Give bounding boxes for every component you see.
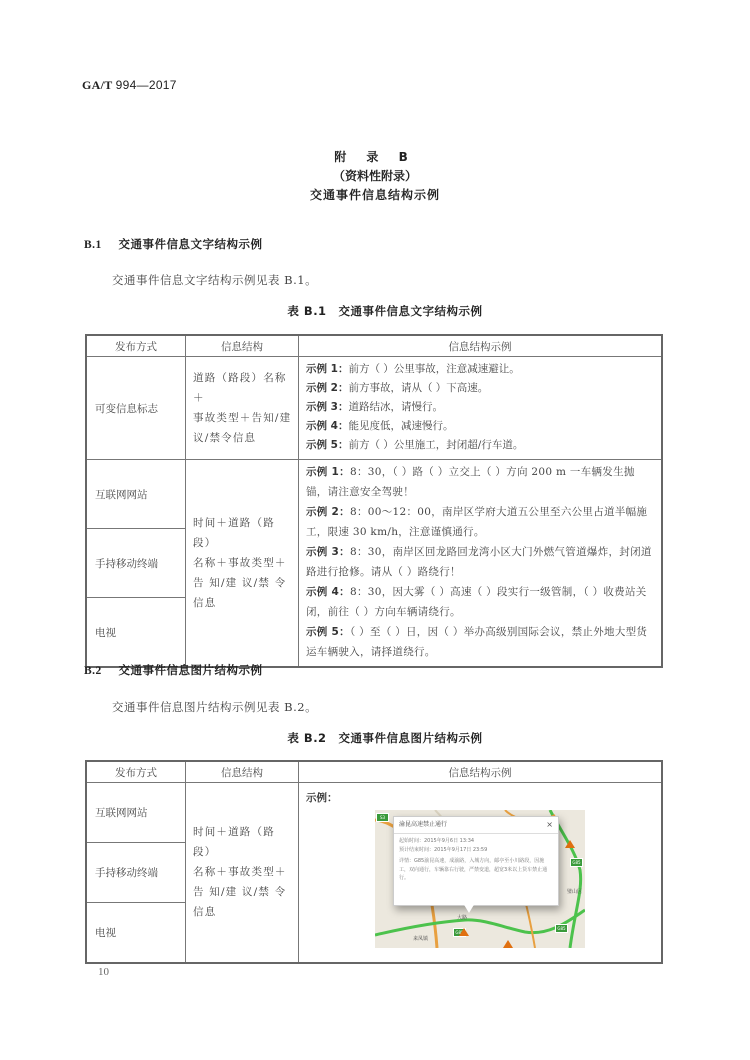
example-item: 示例 3：8：30，南岸区回龙路回龙湾小区大门外燃气管道爆炸，封闭道路进行抢修。…	[306, 542, 655, 582]
appendix-name: 交通事件信息结构示例	[0, 186, 750, 203]
column-header: 信息结构	[186, 335, 299, 357]
example-text: （ ）至（ ）日，因（ ）举办高级别国际会议，禁止外地大型货运车辆驶入，请择道绕…	[306, 626, 647, 658]
info-structure-cell: 时间＋道路（路段） 名称＋事故类型＋ 告 知/建 议/禁 令 信息	[186, 783, 299, 963]
map-place-label: 璧山区	[567, 888, 582, 895]
popup-title: 渝昆高速禁止通行	[399, 821, 447, 828]
publish-method-cell: 互联网网站	[86, 783, 186, 843]
example-label: 示例 5：	[306, 439, 348, 451]
table-b1: 发布方式 信息结构 信息结构示例 可变信息标志 道路（路段）名称＋ 事故类型＋告…	[85, 334, 663, 668]
incident-details: 详情：G85渝昆高速，成渝路，入城方向，邮亭至小川路段，因施工，双向通行，车辆靠…	[399, 857, 553, 883]
standard-prefix: GA/T	[82, 78, 112, 92]
example-item: 示例 5：（ ）至（ ）日，因（ ）举办高级别国际会议，禁止外地大型货运车辆驶入…	[306, 622, 655, 662]
example-item: 示例 2：8：00～12：00，南岸区学府大道五公里至六公里占道半幅施工，限速 …	[306, 502, 655, 542]
info-structure-cell: 时间＋道路（路段） 名称＋事故类型＋ 告 知/建 议/禁 令 信息	[186, 460, 299, 668]
section-title: 交通事件信息图片结构示例	[119, 663, 263, 677]
structure-line: 告 知/建 议/禁 令	[193, 882, 292, 902]
table-header-row: 发布方式 信息结构 信息结构示例	[86, 335, 662, 357]
examples-cell: 示例 1：前方（ ）公里事故，注意减速避让。 示例 2：前方事故，请从（ ）下高…	[299, 357, 663, 460]
example-label: 示例 1：	[306, 466, 350, 478]
structure-line: 名称＋事故类型＋	[193, 553, 292, 573]
example-label: 示例 4：	[306, 586, 350, 598]
example-item: 示例 1：前方（ ）公里事故，注意减速避让。	[306, 360, 655, 379]
standard-code: GA/T 994—2017	[82, 78, 177, 93]
section-number: B.1	[84, 239, 114, 251]
examples-cell: 示例 1：8：30，（ ）路（ ）立交上（ ）方向 200 m 一车辆发生抛锚，…	[299, 460, 663, 668]
structure-line: 事故类型＋告知/建	[193, 408, 292, 428]
structure-line: 时间＋道路（路段）	[193, 513, 292, 553]
example-item: 示例 4：能见度低，减速慢行。	[306, 417, 655, 436]
example-text: 8：00～12：00，南岸区学府大道五公里至六公里占道半幅施工，限速 30 km…	[306, 506, 647, 538]
structure-line: 道路（路段）名称＋	[193, 368, 292, 408]
info-structure-cell: 道路（路段）名称＋ 事故类型＋告知/建 议/禁令信息	[186, 357, 299, 460]
example-item: 示例 4：8：30，因大雾（ ）高速（ ）段实行一级管制，（ ）收费站关闭，前往…	[306, 582, 655, 622]
example-text: 前方（ ）公里施工，封闭超/行车道。	[348, 439, 523, 451]
close-icon[interactable]: ×	[546, 817, 553, 833]
table-row: 可变信息标志 道路（路段）名称＋ 事故类型＋告知/建 议/禁令信息 示例 1：前…	[86, 357, 662, 460]
section-b1-heading: B.1 交通事件信息文字结构示例	[84, 236, 263, 252]
example-text: 前方（ ）公里事故，注意减速避让。	[348, 363, 519, 375]
appendix-title: 附 录 B	[0, 148, 750, 165]
example-item: 示例 2：前方事故，请从（ ）下高速。	[306, 379, 655, 398]
highway-shield-icon: S3	[376, 813, 389, 822]
popup-body: 起始时间：2015年9月6日 13:34 预计结束时间：2015年9月17日 2…	[394, 834, 558, 886]
example-item: 示例 3：道路结冰，请慢行。	[306, 398, 655, 417]
incident-popup: 渝昆高速禁止通行 × 起始时间：2015年9月6日 13:34 预计结束时间：2…	[393, 816, 559, 906]
warning-icon	[503, 940, 513, 948]
publish-method-cell: 电视	[86, 903, 186, 963]
example-label: 示例：	[306, 789, 655, 808]
example-item: 示例 1：8：30，（ ）路（ ）立交上（ ）方向 200 m 一车辆发生抛锚，…	[306, 462, 655, 502]
popup-header: 渝昆高速禁止通行 ×	[394, 817, 558, 834]
publish-method-cell: 手持移动终端	[86, 529, 186, 598]
example-text: 8：30，（ ）路（ ）立交上（ ）方向 200 m 一车辆发生抛锚，请注意安全…	[306, 466, 635, 498]
table-row: 互联网网站 时间＋道路（路段） 名称＋事故类型＋ 告 知/建 议/禁 令 信息 …	[86, 460, 662, 529]
warning-icon	[565, 840, 575, 848]
example-text: 前方事故，请从（ ）下高速。	[348, 382, 488, 394]
structure-line: 信息	[193, 902, 292, 922]
standard-number: 994—2017	[116, 78, 177, 92]
warning-icon	[459, 928, 469, 936]
column-header: 发布方式	[86, 335, 186, 357]
example-label: 示例 3：	[306, 401, 348, 413]
example-label: 示例 1：	[306, 363, 348, 375]
page-number: 10	[98, 966, 109, 978]
column-header: 信息结构示例	[299, 335, 663, 357]
example-item: 示例 5：前方（ ）公里施工，封闭超/行车道。	[306, 436, 655, 455]
column-header: 发布方式	[86, 761, 186, 783]
highway-shield-icon: G85	[555, 924, 568, 933]
end-time: 预计结束时间：2015年9月17日 23:59	[399, 846, 553, 855]
example-label: 示例 4：	[306, 420, 348, 432]
structure-line: 议/禁令信息	[193, 428, 292, 448]
table-header-row: 发布方式 信息结构 信息结构示例	[86, 761, 662, 783]
publish-method-cell: 电视	[86, 598, 186, 667]
map-place-label: 来凤镇	[413, 935, 428, 942]
structure-line: 名称＋事故类型＋	[193, 862, 292, 882]
map-place-label: 大路	[457, 914, 467, 921]
popup-pointer	[463, 903, 475, 913]
example-label: 示例 3：	[306, 546, 350, 558]
appendix-subtitle: （资料性附录）	[0, 167, 750, 184]
structure-line: 时间＋道路（路段）	[193, 822, 292, 862]
structure-line: 告 知/建 议/禁 令	[193, 573, 292, 593]
section-title: 交通事件信息文字结构示例	[119, 237, 263, 251]
example-label: 示例 2：	[306, 506, 350, 518]
section-b2-paragraph: 交通事件信息图片结构示例见表 B.2。	[112, 699, 317, 715]
section-b2-heading: B.2 交通事件信息图片结构示例	[84, 662, 263, 678]
example-label: 示例 2：	[306, 382, 348, 394]
example-text: 8：30，南岸区回龙路回龙湾小区大门外燃气管道爆炸，封闭道路进行抢修。请从（ ）…	[306, 546, 652, 578]
section-number: B.2	[84, 665, 114, 677]
example-text: 能见度低，减速慢行。	[348, 420, 453, 432]
publish-method-cell: 互联网网站	[86, 460, 186, 529]
example-text: 道路结冰，请慢行。	[348, 401, 443, 413]
table-b2-caption: 表 B.2 交通事件信息图片结构示例	[0, 730, 750, 746]
column-header: 信息结构	[186, 761, 299, 783]
section-b1-paragraph: 交通事件信息文字结构示例见表 B.1。	[112, 272, 317, 288]
column-header: 信息结构示例	[299, 761, 663, 783]
publish-method-cell: 手持移动终端	[86, 843, 186, 903]
start-time: 起始时间：2015年9月6日 13:34	[399, 837, 553, 846]
example-label: 示例 5：	[306, 626, 350, 638]
structure-line: 信息	[193, 593, 292, 613]
traffic-map-figure: S3 G85 G85 G85 璧山区 大路 来凤镇 渝昆高速禁止通行 × 起始时…	[375, 810, 585, 948]
publish-method-cell: 可变信息标志	[86, 357, 186, 460]
highway-shield-icon: G85	[570, 858, 583, 867]
example-text: 8：30，因大雾（ ）高速（ ）段实行一级管制，（ ）收费站关闭，前往（ ）方向…	[306, 586, 647, 618]
table-b1-caption: 表 B.1 交通事件信息文字结构示例	[0, 303, 750, 319]
